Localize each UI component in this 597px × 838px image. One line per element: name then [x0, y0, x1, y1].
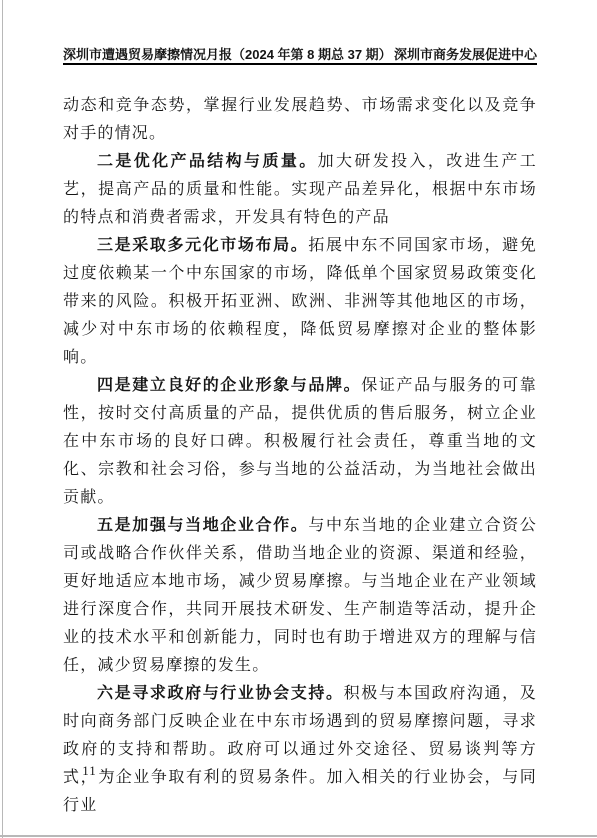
header-divider [63, 63, 537, 65]
paragraph: 六是寻求政府与行业协会支持。积极与本国政府沟通，及时向商务部门反映企业在中东市场… [63, 680, 537, 820]
paragraph-text: 保证产品与服务的可靠性，按时交付高质量的产品，提供优质的售后服务，树立企业在中东… [63, 377, 537, 506]
paragraph-lead: 五是加强与当地企业合作。 [97, 517, 308, 534]
paragraph: 四是建立良好的企业形象与品牌。保证产品与服务的可靠性，按时交付高质量的产品，提供… [63, 372, 537, 512]
paragraph-text: 拓展中东不同国家市场，避免过度依赖某一个中东国家的市场，降低单个国家贸易政策变化… [63, 237, 537, 366]
page-left-edge [2, 0, 3, 838]
page-bottom-edge [0, 835, 597, 837]
page-header: 深圳市遭遇贸易摩擦情况月报（2024 年第 8 期总 37 期） 深圳市商务发展… [63, 47, 537, 62]
paragraph: 动态和竞争态势，掌握行业发展趋势、市场需求变化以及竞争对手的情况。 [63, 92, 537, 148]
paragraph: 三是采取多元化市场布局。拓展中东不同国家市场，避免过度依赖某一个中东国家的市场，… [63, 232, 537, 372]
paragraph-text: 积极与本国政府沟通，及时向商务部门反映企业在中东市场遇到的贸易摩擦问题，寻求政府… [63, 685, 537, 814]
paragraph-text: 与中东当地的企业建立合资公司或战略合作伙伴关系，借助当地企业的资源、渠道和经验，… [63, 517, 537, 674]
header-left-title: 深圳市遭遇贸易摩擦情况月报（2024 年第 8 期总 37 期） [63, 47, 392, 62]
document-body: 动态和竞争态势，掌握行业发展趋势、市场需求变化以及竞争对手的情况。二是优化产品结… [63, 92, 537, 820]
paragraph-lead: 四是建立良好的企业形象与品牌。 [97, 377, 361, 394]
paragraph-text: 动态和竞争态势，掌握行业发展趋势、市场需求变化以及竞争对手的情况。 [63, 97, 537, 142]
document-page: 深圳市遭遇贸易摩擦情况月报（2024 年第 8 期总 37 期） 深圳市商务发展… [0, 0, 597, 838]
paragraph: 五是加强与当地企业合作。与中东当地的企业建立合资公司或战略合作伙伴关系，借助当地… [63, 512, 537, 680]
header-right-title: 深圳市商务发展促进中心 [394, 47, 537, 62]
paragraph: 二是优化产品结构与质量。加大研发投入，改进生产工艺，提高产品的质量和性能。实现产… [63, 148, 537, 232]
paragraph-lead: 二是优化产品结构与质量。 [97, 153, 318, 170]
paragraph-lead: 三是采取多元化市场布局。 [97, 237, 308, 254]
page-number: — 11 — [64, 763, 115, 779]
paragraph-lead: 六是寻求政府与行业协会支持。 [97, 685, 344, 702]
